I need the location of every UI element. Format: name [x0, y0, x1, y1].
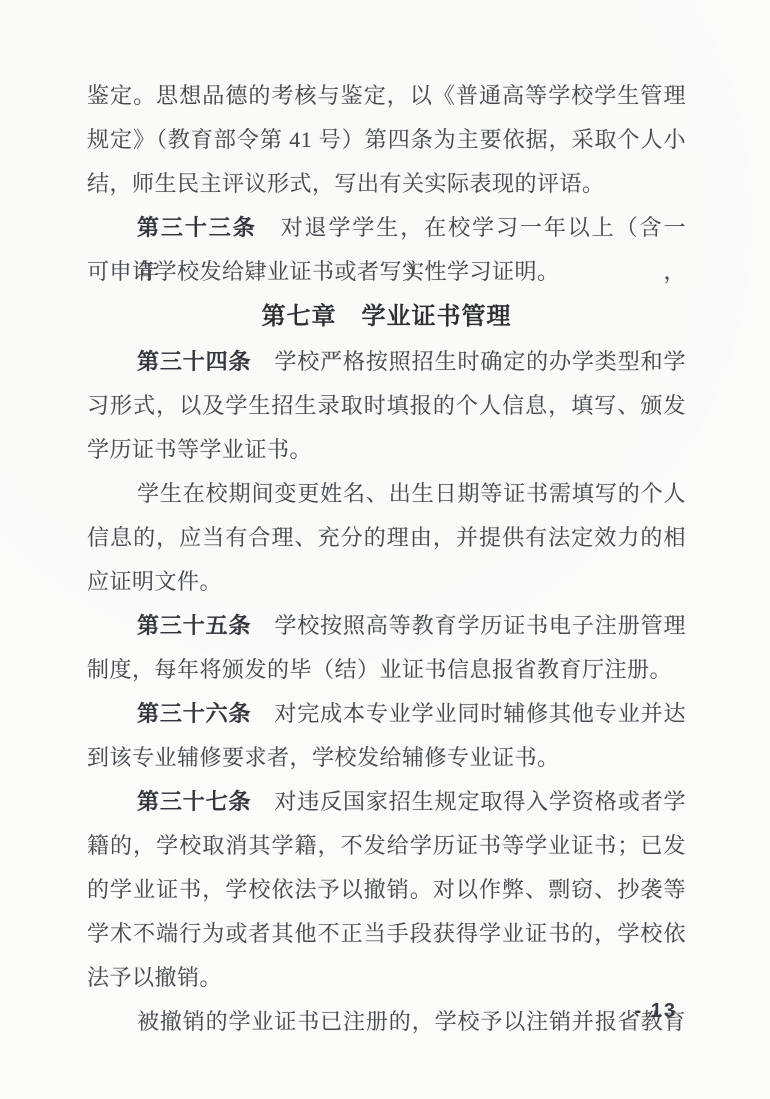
- text-line: 第三十三条 对退学学生，在校学习一年以上（含一年），: [87, 206, 686, 250]
- article-number: 第三十三条: [137, 215, 257, 240]
- article-number: 第三十五条: [137, 613, 251, 638]
- page-number: - 13: [635, 1000, 677, 1023]
- text-line: 信息的，应当有合理、充分的理由，并提供有法定效力的相: [87, 516, 686, 560]
- text-line: 的学业证书，学校依法予以撤销。对以作弊、剽窃、抄袭等: [87, 868, 686, 912]
- chapter-heading: 第七章 学业证书管理: [87, 294, 686, 340]
- text-line: 习形式，以及学生招生录取时填报的个人信息，填写、颁发: [87, 384, 686, 428]
- text-line: 法予以撤销。: [87, 956, 686, 1000]
- text-line: 第三十四条 学校严格按照招生时确定的办学类型和学: [87, 340, 686, 384]
- article-number: 第三十六条: [137, 701, 251, 726]
- text-line: 制度，每年将颁发的毕（结）业证书信息报省教育厅注册。: [87, 648, 686, 692]
- text-line: 第三十五条 学校按照高等教育学历证书电子注册管理: [87, 604, 686, 648]
- text-line: 学生在校期间变更姓名、出生日期等证书需填写的个人: [87, 472, 686, 516]
- text-line: 被撤销的学业证书已注册的，学校予以注销并报省教育: [87, 1000, 686, 1044]
- text-line: 规定》（教育部令第 41 号）第四条为主要依据，采取个人小: [87, 118, 686, 162]
- text-line: 应证明文件。: [87, 560, 686, 604]
- document-body: 鉴定。思想品德的考核与鉴定，以《普通高等学校学生管理规定》（教育部令第 41 号…: [87, 74, 686, 1044]
- article-number: 第三十四条: [137, 349, 251, 374]
- text-line: 到该专业辅修要求者，学校发给辅修专业证书。: [87, 736, 686, 780]
- text-line: 第三十七条 对违反国家招生规定取得入学资格或者学: [87, 780, 686, 824]
- article-number: 第三十七条: [137, 789, 251, 814]
- text-line: 结，师生民主评议形式，写出有关实际表现的评语。: [87, 162, 686, 206]
- text-line: 籍的，学校取消其学籍，不发给学历证书等学业证书；已发: [87, 824, 686, 868]
- document-page: 鉴定。思想品德的考核与鉴定，以《普通高等学校学生管理规定》（教育部令第 41 号…: [0, 0, 770, 1099]
- text-line: 学术不端行为或者其他不正当手段获得学业证书的，学校依: [87, 912, 686, 956]
- text-line: 鉴定。思想品德的考核与鉴定，以《普通高等学校学生管理: [87, 74, 686, 118]
- text-line: 学历证书等学业证书。: [87, 428, 686, 472]
- text-line: 第三十六条 对完成本专业学业同时辅修其他专业并达: [87, 692, 686, 736]
